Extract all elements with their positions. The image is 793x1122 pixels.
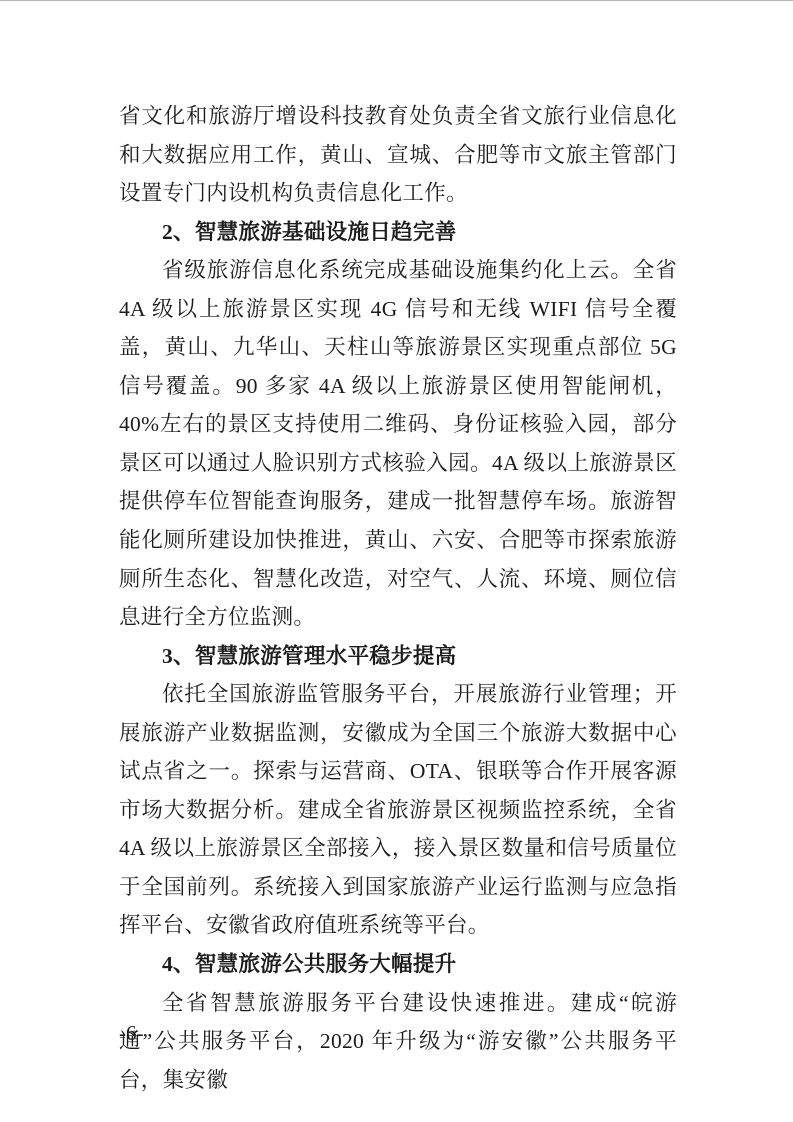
paragraph-public-service: 全省智慧旅游服务平台建设快速推进。建成“皖游通”公共服务平台，2020 年升级为…	[119, 984, 677, 1100]
paragraph-infrastructure: 省级旅游信息化系统完成基础设施集约化上云。全省 4A 级以上旅游景区实现 4G …	[119, 251, 677, 636]
section-heading-4: 4、智慧旅游公共服务大幅提升	[119, 945, 677, 984]
section-heading-3: 3、智慧旅游管理水平稳步提高	[119, 637, 677, 676]
document-body: 省文化和旅游厅增设科技教育处负责全省文旅行业信息化和大数据应用工作，黄山、宣城、…	[119, 97, 677, 1099]
paragraph-management: 依托全国旅游监管服务平台，开展旅游行业管理；开展旅游产业数据监测，安徽成为全国三…	[119, 675, 677, 945]
section-heading-2: 2、智慧旅游基础设施日趋完善	[119, 213, 677, 252]
page-number: -6-	[119, 1018, 144, 1048]
scan-edge-artifact	[0, 0, 793, 1]
paragraph-continuation: 省文化和旅游厅增设科技教育处负责全省文旅行业信息化和大数据应用工作，黄山、宣城、…	[119, 97, 677, 213]
